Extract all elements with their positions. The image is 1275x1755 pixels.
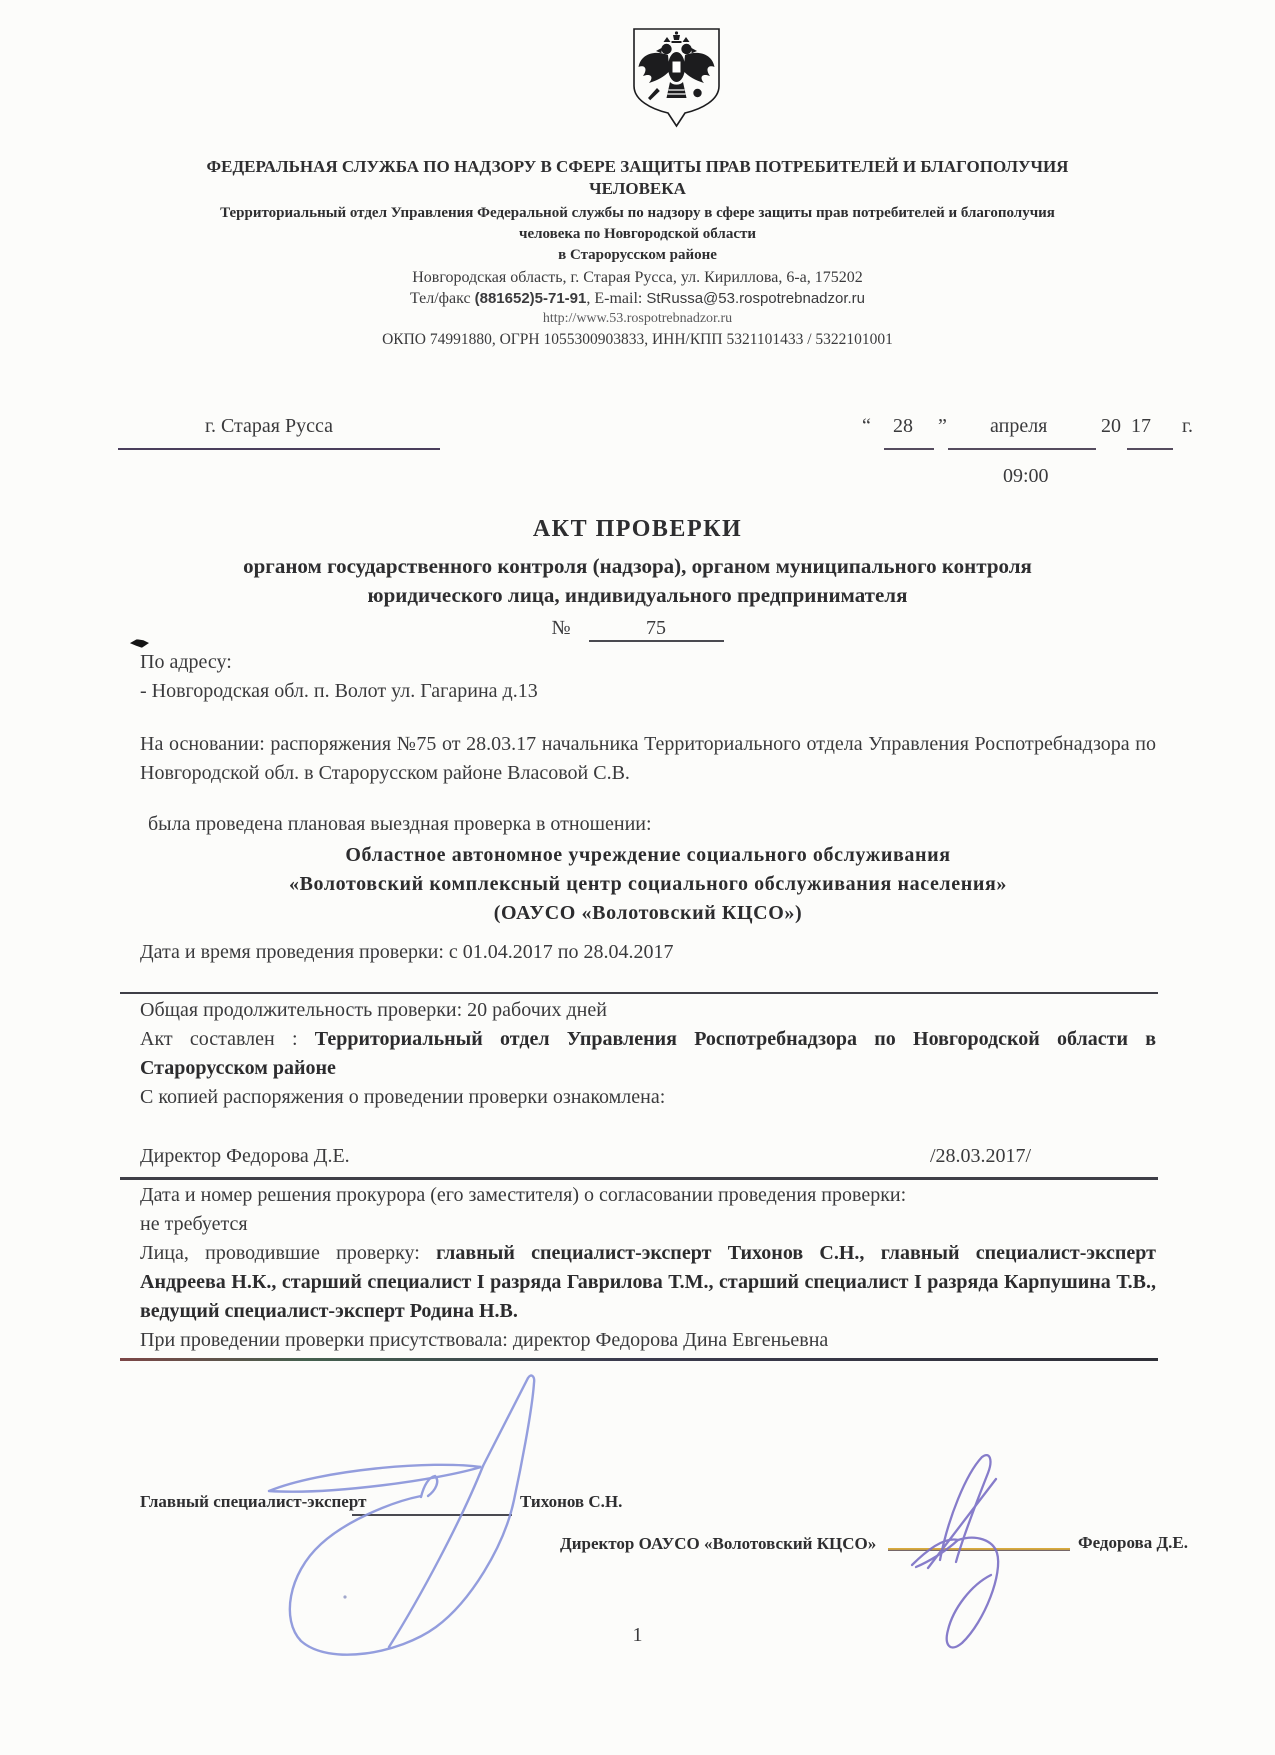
document-title: АКТ ПРОВЕРКИ [0, 516, 1275, 543]
date-year-unit: г. [1182, 415, 1193, 438]
number-label: № [551, 617, 570, 639]
right-signature-line [888, 1548, 1070, 1551]
act-composed-paragraph: Акт составлен : Территориальный отдел Уп… [140, 1025, 1156, 1083]
phone-number: (881652)5-71-91 [475, 290, 587, 307]
date-day: 28 [893, 415, 913, 438]
fedorova-signature [912, 1455, 998, 1647]
copy-acknowledged-line: С копией распоряжения о проведении прове… [140, 1083, 1156, 1112]
date-year-suffix: 17 [1131, 415, 1151, 438]
phone-label: Тел/факс [410, 290, 475, 307]
document-title-block: АКТ ПРОВЕРКИ органом государственного ко… [0, 516, 1275, 610]
postal-address: Новгородская область, г. Старая Русса, у… [0, 267, 1275, 288]
page-number: 1 [0, 1624, 1275, 1647]
subtitle-line2: юридического лица, индивидуального предп… [368, 583, 908, 607]
document-city: г. Старая Русса [205, 415, 333, 438]
date-quote-open: “ [862, 415, 871, 438]
email-address: StRussa@53.rospotrebnadzor.ru [646, 290, 865, 307]
department-line3: в Старорусском районе [0, 245, 1275, 266]
registration-codes: ОКПО 74991880, ОГРН 1055300903833, ИНН/К… [0, 329, 1275, 350]
inspection-intro: была проведена плановая выездная проверк… [140, 810, 1156, 839]
prosecutor-value: не требуется [140, 1210, 1156, 1239]
city-underline [118, 448, 440, 450]
inspectors-paragraph: Лица, проводившие проверку: главный спец… [140, 1239, 1156, 1326]
prosecutor-line: Дата и номер решения прокурора (его заме… [140, 1181, 1156, 1210]
address-value: - Новгородская обл. п. Волот ул. Гагарин… [140, 677, 1156, 706]
month-underline [948, 448, 1096, 450]
duration-line: Общая продолжительность проверки: 20 раб… [140, 996, 1156, 1025]
organization-name-line2: «Волотовский комплексный центр социально… [140, 870, 1156, 899]
horizontal-rule-2 [120, 1177, 1158, 1180]
double-headed-eagle-icon [639, 31, 715, 100]
act-composed-label: Акт составлен : [140, 1028, 315, 1050]
inspection-dates: Дата и время проведения проверки: с 01.0… [140, 938, 1156, 967]
document-number-line: №75 [0, 617, 1275, 642]
address-label: По адресу: [140, 648, 1156, 677]
year-underline [1127, 448, 1173, 450]
department-line2: человека по Новгородской области [0, 224, 1275, 245]
left-signature-line [352, 1514, 512, 1516]
director-name: Директор Федорова Д.Е. [140, 1145, 350, 1167]
horizontal-rule-3 [120, 1358, 1158, 1361]
inspection-time: 09:00 [1003, 465, 1049, 488]
right-signer-name: Федорова Д.Е. [1078, 1533, 1188, 1553]
organization-name-line3: (ОАУСО «Волотовский КЦСО») [140, 899, 1156, 928]
inspectors-label: Лица, проводившие проверку: [140, 1242, 436, 1264]
department-line1: Территориальный отдел Управления Федерал… [0, 203, 1275, 224]
date-year-prefix: 20 [1101, 415, 1121, 438]
day-underline [884, 448, 934, 450]
scanned-document-page: ФЕДЕРАЛЬНАЯ СЛУЖБА ПО НАДЗОРУ В СФЕРЕ ЗА… [0, 0, 1275, 1755]
agency-name-line2: ЧЕЛОВЕКА [0, 178, 1275, 200]
subtitle-line1: органом государственного контроля (надзо… [243, 554, 1032, 578]
left-signer-role: Главный специалист-эксперт [140, 1492, 366, 1512]
date-quote-close: ” [938, 415, 947, 438]
present-person-line: При проведении проверки присутствовала: … [140, 1326, 1156, 1355]
organization-name-line1: Областное автономное учреждение социальн… [140, 841, 1156, 870]
date-month: апреля [990, 415, 1047, 438]
document-body: По адресу: - Новгородская обл. п. Волот … [140, 648, 1156, 1361]
agency-name-line1: ФЕДЕРАЛЬНАЯ СЛУЖБА ПО НАДЗОРУ В СФЕРЕ ЗА… [0, 156, 1275, 178]
director-acknowledgement-row: Директор Федорова Д.Е. /28.03.2017/ [140, 1142, 1156, 1171]
left-signer-name: Тихонов С.Н. [520, 1492, 622, 1512]
coat-of-arms-emblem [628, 26, 725, 132]
letterhead: ФЕДЕРАЛЬНАЯ СЛУЖБА ПО НАДЗОРУ В СФЕРЕ ЗА… [0, 156, 1275, 350]
basis-paragraph: На основании: распоряжения №75 от 28.03.… [140, 730, 1156, 788]
website-url: http://www.53.rospotrebnadzor.ru [0, 309, 1275, 329]
email-label: , E-mail: [586, 290, 646, 307]
horizontal-rule-1 [120, 992, 1158, 994]
document-subtitle: органом государственного контроля (надзо… [0, 552, 1275, 610]
contact-line: Тел/факс (881652)5-71-91, E-mail: StRuss… [0, 288, 1275, 309]
document-number: 75 [589, 617, 724, 642]
acknowledgement-date: /28.03.2017/ [930, 1142, 1031, 1171]
right-signer-role: Директор ОАУСО «Волотовский КЦСО» [560, 1534, 876, 1554]
